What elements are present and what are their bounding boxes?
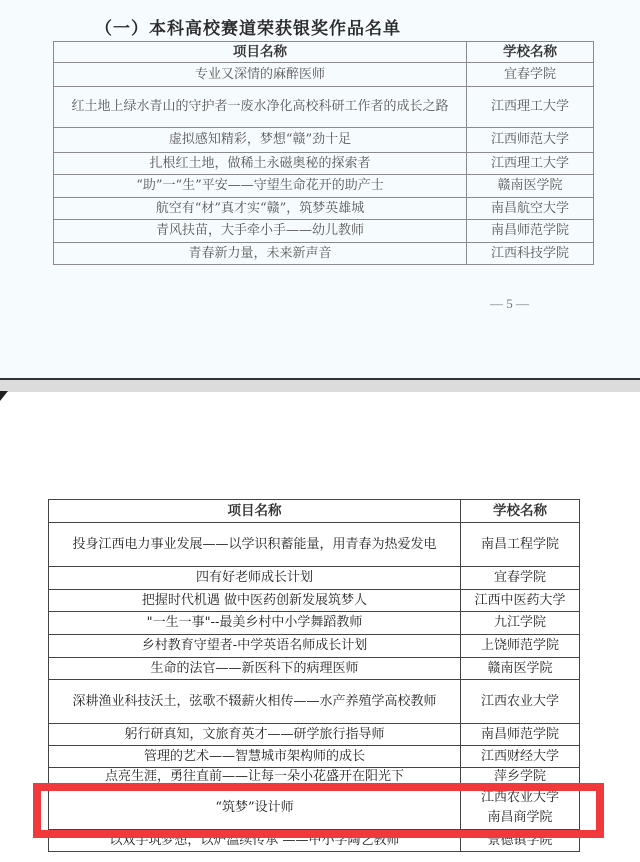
table-row: 虚拟感知精彩，梦想“赣”劲十足 江西师范大学 xyxy=(54,128,594,153)
school-line-1: 江西农业大学 xyxy=(467,788,573,808)
school-cell: 南昌工程学院 xyxy=(461,523,580,567)
project-cell: 航空有“材”真才实“赣”，筑梦英雄城 xyxy=(54,198,467,220)
school-cell: 赣南医学院 xyxy=(467,175,594,198)
top-document-page: （一）本科高校赛道荣获银奖作品名单 项目名称 学校名称 专业又深情的麻醉医师 宜… xyxy=(0,0,640,378)
school-cell: 宜春学院 xyxy=(461,567,580,590)
project-cell: 投身江西电力事业发展——以学识积蓄能量，用青春为热爱发电 xyxy=(49,523,461,567)
header-project-name: 项目名称 xyxy=(49,500,461,523)
project-cell: 四有好老师成长计划 xyxy=(49,567,461,590)
table-row: 扎根红土地，做稀土永磁奥秘的探索者 江西理工大学 xyxy=(54,153,594,175)
page-separator xyxy=(0,378,640,392)
project-cell: 专业又深情的麻醉医师 xyxy=(54,63,467,87)
page-number: — 5 — xyxy=(490,296,529,312)
project-cell: “筑梦”设计师 xyxy=(49,786,461,830)
project-cell: 点亮生涯，勇往直前——让每一朵小花盛开在阳光下 xyxy=(49,768,461,786)
school-cell: 江西农业大学 xyxy=(461,680,580,724)
table-row: 专业又深情的麻醉医师 宜春学院 xyxy=(54,63,594,87)
project-cell: 生命的法官——新医科下的病理医师 xyxy=(49,658,461,680)
table-row: 以双手筑梦想，以炉温续传承 ——中小学陶艺教师 景德镇学院 xyxy=(49,830,580,852)
project-cell: 躬行研真知，文旅育英才——研学旅行指导师 xyxy=(49,724,461,746)
table-row: “助”一“生”平安——守望生命花开的助产士 赣南医学院 xyxy=(54,175,594,198)
school-cell: 赣南医学院 xyxy=(461,658,580,680)
table-header-row: 项目名称 学校名称 xyxy=(54,42,594,63)
project-cell: 以双手筑梦想，以炉温续传承 ——中小学陶艺教师 xyxy=(49,830,461,852)
school-line-2: 南昌商学院 xyxy=(467,808,573,828)
project-cell: 青风扶苗，大手牵小手——幼儿教师 xyxy=(54,220,467,243)
table-row: 管理的艺术——智慧城市架构师的成长 江西财经大学 xyxy=(49,746,580,768)
project-cell: 深耕渔业科技沃土，弦歌不辍薪火相传——水产养殖学高校教师 xyxy=(49,680,461,724)
school-cell: 江西理工大学 xyxy=(467,87,594,128)
table-row: 青风扶苗，大手牵小手——幼儿教师 南昌师范学院 xyxy=(54,220,594,243)
project-cell: 管理的艺术——智慧城市架构师的成长 xyxy=(49,746,461,768)
school-cell: 南昌师范学院 xyxy=(467,220,594,243)
table-row: 投身江西电力事业发展——以学识积蓄能量，用青春为热爱发电 南昌工程学院 xyxy=(49,523,580,567)
silver-award-table: 项目名称 学校名称 专业又深情的麻醉医师 宜春学院 红土地上绿水青山的守护者一废… xyxy=(53,41,594,265)
award-table-continued: 项目名称 学校名称 投身江西电力事业发展——以学识积蓄能量，用青春为热爱发电 南… xyxy=(48,499,580,852)
school-cell: 南昌航空大学 xyxy=(467,198,594,220)
table-row: 四有好老师成长计划 宜春学院 xyxy=(49,567,580,590)
table-header-row: 项目名称 学校名称 xyxy=(49,500,580,523)
project-cell: 乡村教育守望者-中学英语名师成长计划 xyxy=(49,635,461,658)
school-cell: 宜春学院 xyxy=(467,63,594,87)
table-row: 红土地上绿水青山的守护者一废水净化高校科研工作者的成长之路 江西理工大学 xyxy=(54,87,594,128)
table-row: 躬行研真知，文旅育英才——研学旅行指导师 南昌师范学院 xyxy=(49,724,580,746)
school-cell: 江西理工大学 xyxy=(467,153,594,175)
project-cell: 青春新力量，未来新声音 xyxy=(54,243,467,265)
project-cell: 扎根红土地，做稀土永磁奥秘的探索者 xyxy=(54,153,467,175)
header-project-name: 项目名称 xyxy=(54,42,467,63)
table-row: 深耕渔业科技沃土，弦歌不辍薪火相传——水产养殖学高校教师 江西农业大学 xyxy=(49,680,580,724)
table-row: "一生一事"--最美乡村中小学舞蹈教师 九江学院 xyxy=(49,612,580,635)
table-row: 航空有“材”真才实“赣”，筑梦英雄城 南昌航空大学 xyxy=(54,198,594,220)
school-cell: 江西财经大学 xyxy=(461,746,580,768)
school-cell: 萍乡学院 xyxy=(461,768,580,786)
school-cell: 九江学院 xyxy=(461,612,580,635)
school-cell: 江西农业大学 南昌商学院 xyxy=(461,786,580,830)
project-cell: 红土地上绿水青山的守护者一废水净化高校科研工作者的成长之路 xyxy=(54,87,467,128)
project-cell: 把握时代机遇 做中医药创新发展筑梦人 xyxy=(49,590,461,612)
school-cell: 江西师范大学 xyxy=(467,128,594,153)
project-cell: “助”一“生”平安——守望生命花开的助产士 xyxy=(54,175,467,198)
table-row-highlighted: “筑梦”设计师 江西农业大学 南昌商学院 xyxy=(49,786,580,830)
table-row: 点亮生涯，勇往直前——让每一朵小花盛开在阳光下 萍乡学院 xyxy=(49,768,580,786)
table-row: 青春新力量，未来新声音 江西科技学院 xyxy=(54,243,594,265)
school-cell: 江西中医药大学 xyxy=(461,590,580,612)
table-row: 乡村教育守望者-中学英语名师成长计划 上饶师范学院 xyxy=(49,635,580,658)
school-cell: 景德镇学院 xyxy=(461,830,580,852)
header-school-name: 学校名称 xyxy=(461,500,580,523)
project-cell: 虚拟感知精彩，梦想“赣”劲十足 xyxy=(54,128,467,153)
project-cell: "一生一事"--最美乡村中小学舞蹈教师 xyxy=(49,612,461,635)
table-row: 把握时代机遇 做中医药创新发展筑梦人 江西中医药大学 xyxy=(49,590,580,612)
table-row: 生命的法官——新医科下的病理医师 赣南医学院 xyxy=(49,658,580,680)
header-school-name: 学校名称 xyxy=(467,42,594,63)
school-cell: 上饶师范学院 xyxy=(461,635,580,658)
section-heading: （一）本科高校赛道荣获银奖作品名单 xyxy=(95,14,401,39)
school-cell: 南昌师范学院 xyxy=(461,724,580,746)
school-cell: 江西科技学院 xyxy=(467,243,594,265)
page-corner-mark xyxy=(0,391,8,401)
